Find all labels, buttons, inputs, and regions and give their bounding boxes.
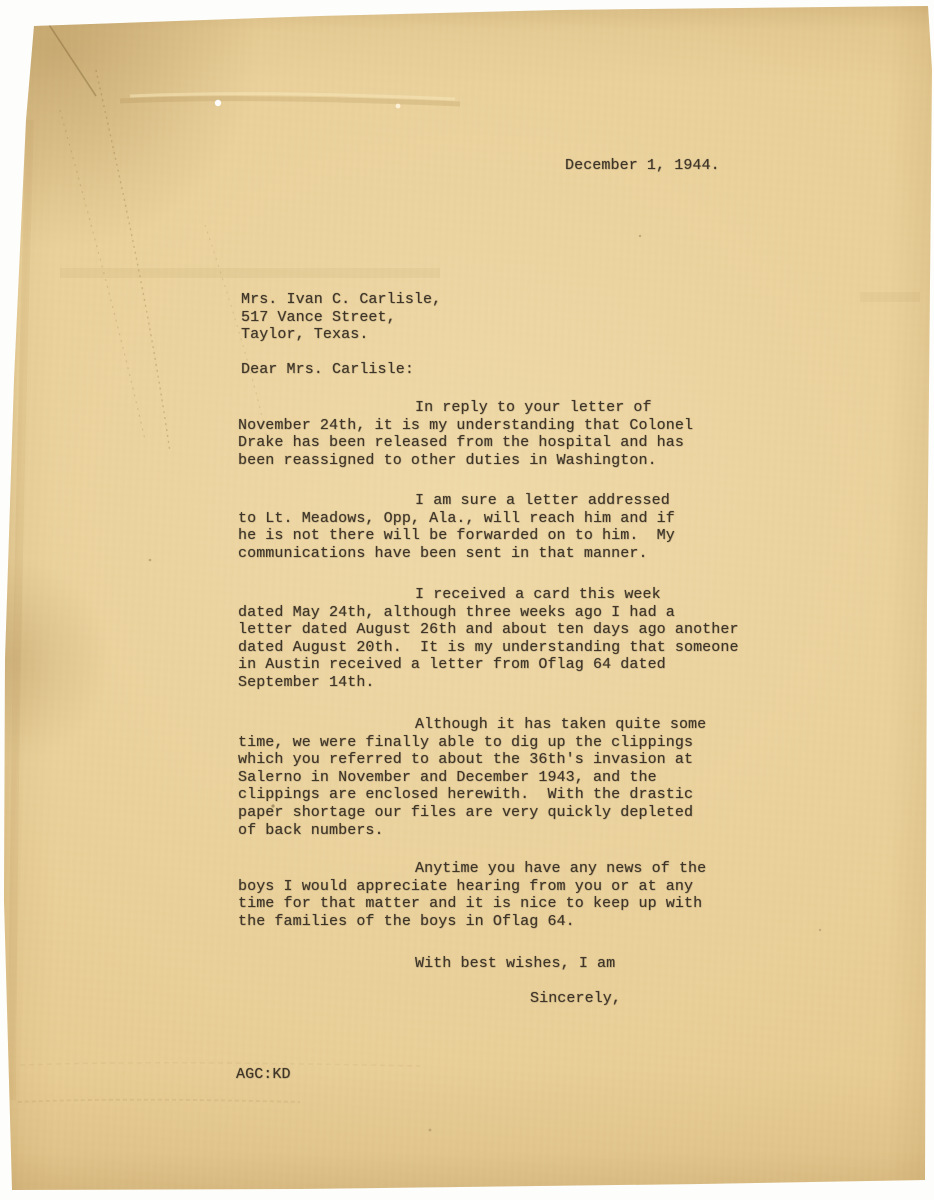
left-crease-shade <box>12 120 30 1100</box>
fold-shadow <box>120 99 460 104</box>
letter-date: December 1, 1944. <box>565 157 720 175</box>
reference-initials: AGC:KD <box>236 1066 291 1084</box>
letter-paragraph-3: I received a card this week dated May 24… <box>238 586 783 692</box>
scanned-letter: December 1, 1944. Mrs. Ivan C. Carlisle,… <box>0 0 934 1200</box>
ghost-impression <box>60 268 440 278</box>
corner-crease <box>42 14 96 96</box>
crease-line <box>60 110 145 440</box>
bottom-streak <box>18 1100 300 1102</box>
paper-hole <box>215 100 221 106</box>
recipient-address: Mrs. Ivan C. Carlisle, 517 Vance Street,… <box>241 291 441 344</box>
ghost-impression <box>860 292 920 302</box>
salutation: Dear Mrs. Carlisle: <box>241 361 414 379</box>
bottom-streak <box>20 1063 420 1066</box>
age-speck <box>639 235 641 237</box>
paper-hole <box>396 104 401 109</box>
closing-line: With best wishes, I am <box>415 955 615 973</box>
letter-paragraph-1: In reply to your letter of November 24th… <box>238 399 783 469</box>
signoff: Sincerely, <box>530 990 621 1008</box>
letter-paragraph-5: Anytime you have any news of the boys I … <box>238 860 783 930</box>
fold-highlight <box>130 94 455 99</box>
letter-paper: December 1, 1944. Mrs. Ivan C. Carlisle,… <box>0 0 934 1200</box>
age-speck <box>819 929 821 931</box>
crease-line <box>96 70 170 452</box>
age-speck <box>149 559 152 562</box>
letter-paragraph-4: Although it has taken quite some time, w… <box>238 716 783 839</box>
letter-paragraph-2: I am sure a letter addressed to Lt. Mead… <box>238 492 783 562</box>
age-speck <box>429 1129 432 1132</box>
